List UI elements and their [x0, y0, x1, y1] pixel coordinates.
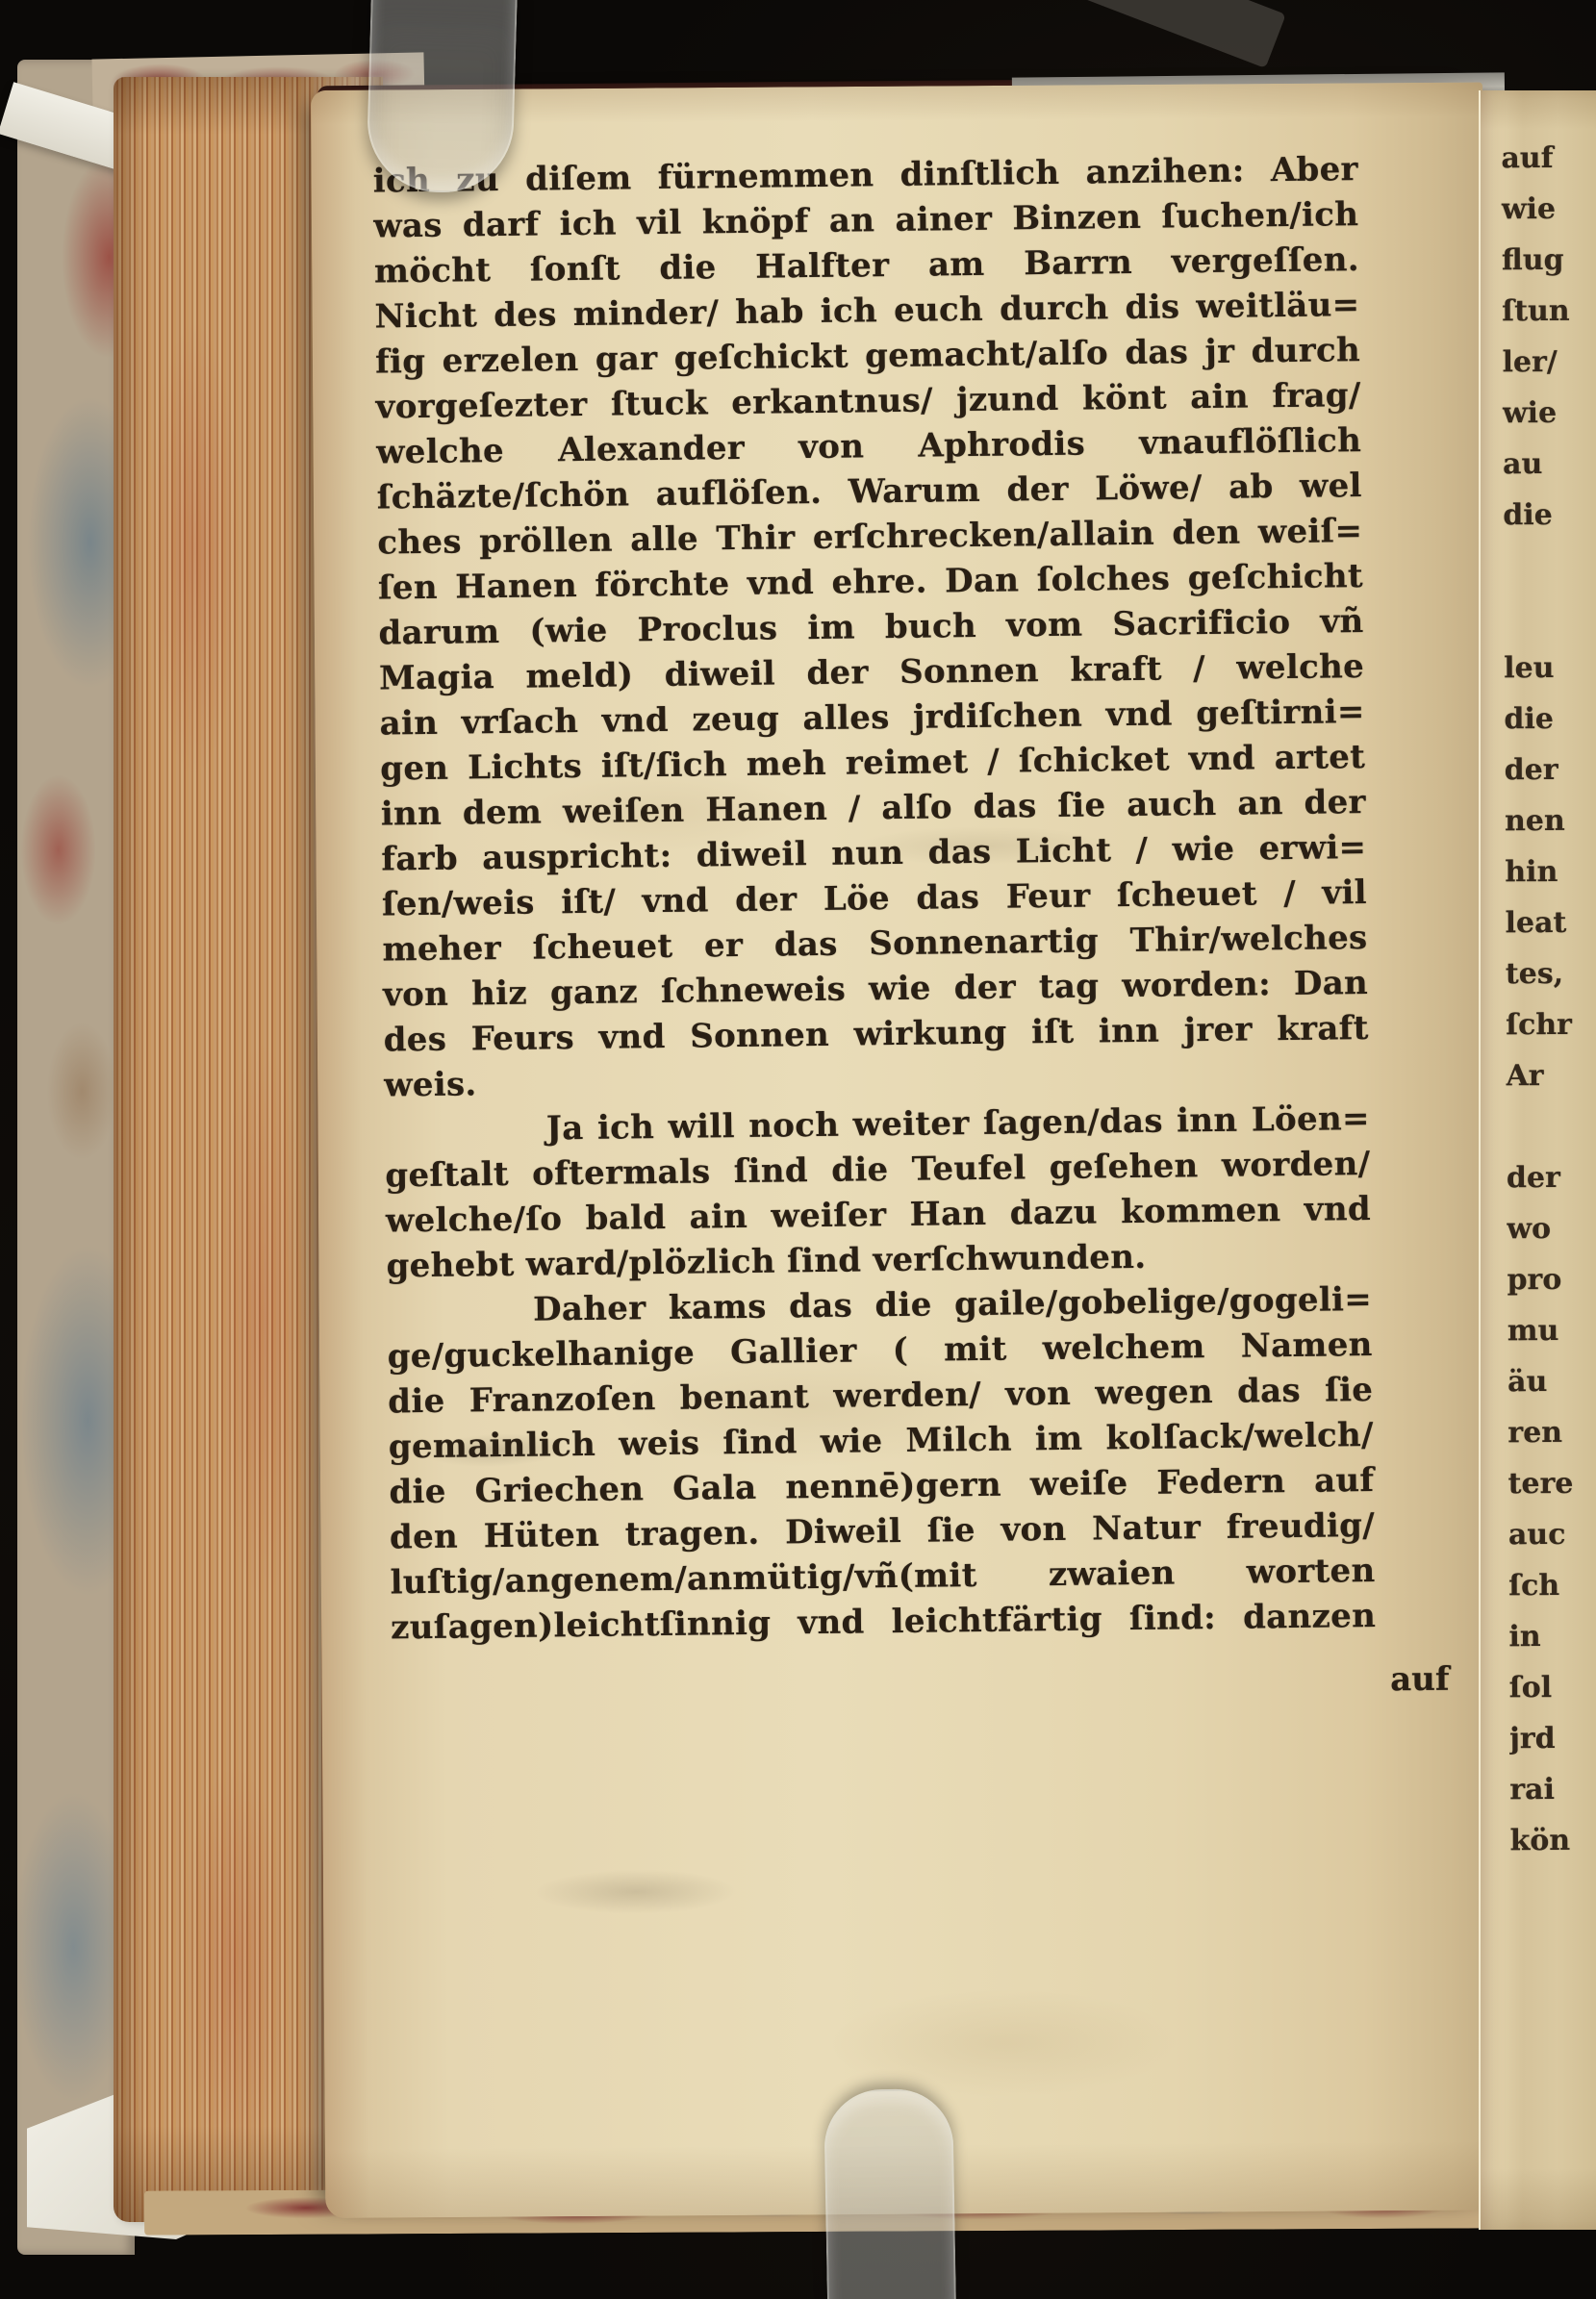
- text-fragment-line: hin: [1505, 846, 1595, 897]
- backdrop-clip-shadow: [1050, 0, 1286, 68]
- next-page-fore-edge: aufwieflugſtunler/wieaudieleudiedernenhi…: [1479, 90, 1596, 2230]
- text-fragment-line: wie: [1502, 184, 1592, 235]
- text-fragment-line: ſchr: [1506, 999, 1596, 1050]
- text-fragment-line: wie: [1503, 388, 1593, 439]
- text-fragment-line: rai: [1509, 1764, 1596, 1815]
- ink-offset-smudge: [535, 1869, 737, 1914]
- text-fragment-line: [1504, 592, 1594, 643]
- text-fragment-line: mu: [1507, 1305, 1596, 1356]
- text-fragment-line: kön: [1509, 1815, 1596, 1866]
- text-fragment-line: ſol: [1509, 1662, 1596, 1713]
- text-fragment-line: leat: [1505, 897, 1595, 948]
- text-fragment-line: tes,: [1506, 948, 1596, 999]
- text-fragment-line: tere: [1507, 1458, 1596, 1509]
- text-fragment-line: äu: [1507, 1356, 1596, 1407]
- text-fragment-line: auf: [1501, 133, 1591, 184]
- text-fragment-line: ſtun: [1502, 286, 1592, 337]
- text-fragment-line: in: [1508, 1611, 1596, 1662]
- text-fragment-line: [1504, 541, 1594, 592]
- photo-backdrop: ich zu diſem fürnemmen dinſtlich anzihen…: [0, 0, 1596, 2299]
- text-fragment-line: au: [1503, 439, 1593, 490]
- text-fragment-line: leu: [1504, 643, 1594, 694]
- text-fragment-line: die: [1504, 694, 1594, 745]
- catchword: auf: [1390, 1660, 1450, 1699]
- book-page-recto: ich zu diſem fürnemmen dinſtlich anzihen…: [311, 82, 1497, 2217]
- text-fragment-line: Ar: [1506, 1050, 1596, 1101]
- text-fragment-line: wo: [1507, 1203, 1596, 1254]
- page-weight-strap-bottom: [823, 2088, 956, 2299]
- text-fragment-line: die: [1503, 490, 1593, 541]
- text-fragment-line: ler/: [1502, 337, 1592, 388]
- text-fragment-line: der: [1505, 745, 1595, 796]
- text-fragment-line: jrd: [1509, 1713, 1596, 1764]
- text-fragment-line: auc: [1508, 1509, 1596, 1560]
- text-fragment-line: der: [1507, 1152, 1596, 1203]
- text-fragment-line: [1507, 1101, 1596, 1152]
- page-text-block: ich zu diſem fürnemmen dinſtlich anzihen…: [373, 147, 1377, 1651]
- text-fragment-line: flug: [1502, 235, 1592, 286]
- next-page-text-fragments: aufwieflugſtunler/wieaudieleudiedernenhi…: [1501, 133, 1596, 1866]
- text-fragment-line: nen: [1505, 796, 1595, 846]
- page-weight-strap-top: [366, 0, 518, 194]
- text-fragment-line: pro: [1507, 1254, 1596, 1305]
- text-fragment-line: ſch: [1508, 1560, 1596, 1611]
- text-fragment-line: ren: [1507, 1407, 1596, 1458]
